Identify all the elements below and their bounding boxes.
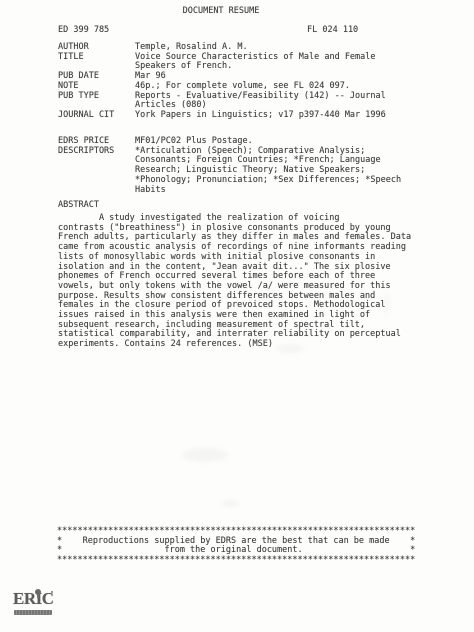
ed-accession-number: ED 399 785 (58, 26, 109, 36)
abstract-heading: ABSTRACT (58, 201, 99, 211)
eric-ball-icon (35, 589, 41, 595)
metadata-row-title: TITLE Voice Source Characteristics of Ma… (58, 53, 386, 72)
field-value-journal-cit: York Papers in Linguistics; v17 p397-440… (135, 111, 386, 121)
edrs-reproduction-notice: ****************************************… (57, 527, 415, 566)
citation-metadata-block: AUTHOR Temple, Rosalind A. M. TITLE Voic… (58, 43, 386, 121)
field-value-title: Voice Source Characteristics of Male and… (135, 53, 376, 72)
field-label-descriptors: DESCRIPTORS (58, 147, 135, 157)
fl-clearinghouse-number: FL 024 110 (307, 26, 358, 36)
scan-smudge (383, 293, 390, 315)
metadata-row-pub-type: PUB TYPE Reports - Evaluative/Feasibilit… (58, 92, 386, 111)
eric-logo: ERIC (13, 594, 57, 624)
field-value-pub-type: Reports - Evaluative/Feasibility (142) -… (135, 92, 386, 111)
field-label-journal-cit: JOURNAL CIT (58, 111, 135, 121)
metadata-row-journal-cit: JOURNAL CIT York Papers in Linguistics; … (58, 111, 386, 121)
field-label-title: TITLE (58, 53, 135, 63)
metadata-row-descriptors: DESCRIPTORS *Articulation (Speech); Comp… (58, 147, 401, 196)
scan-smudge (276, 344, 304, 353)
field-value-descriptors: *Articulation (Speech); Comparative Anal… (135, 147, 401, 196)
page-title: DOCUMENT RESUME (0, 7, 442, 17)
scan-smudge (222, 500, 240, 507)
scan-smudge (182, 448, 228, 462)
document-resume-page: DOCUMENT RESUME ED 399 785 FL 024 110 AU… (0, 0, 474, 632)
registered-mark-icon (51, 591, 53, 593)
abstract-text: A study investigated the realization of … (58, 214, 411, 350)
availability-metadata-block: EDRS PRICE MF01/PC02 Plus Postage. DESCR… (58, 137, 401, 195)
field-label-pub-type: PUB TYPE (58, 92, 135, 102)
eric-logo-text: ERIC (13, 589, 54, 608)
eric-logo-banner (14, 610, 52, 615)
